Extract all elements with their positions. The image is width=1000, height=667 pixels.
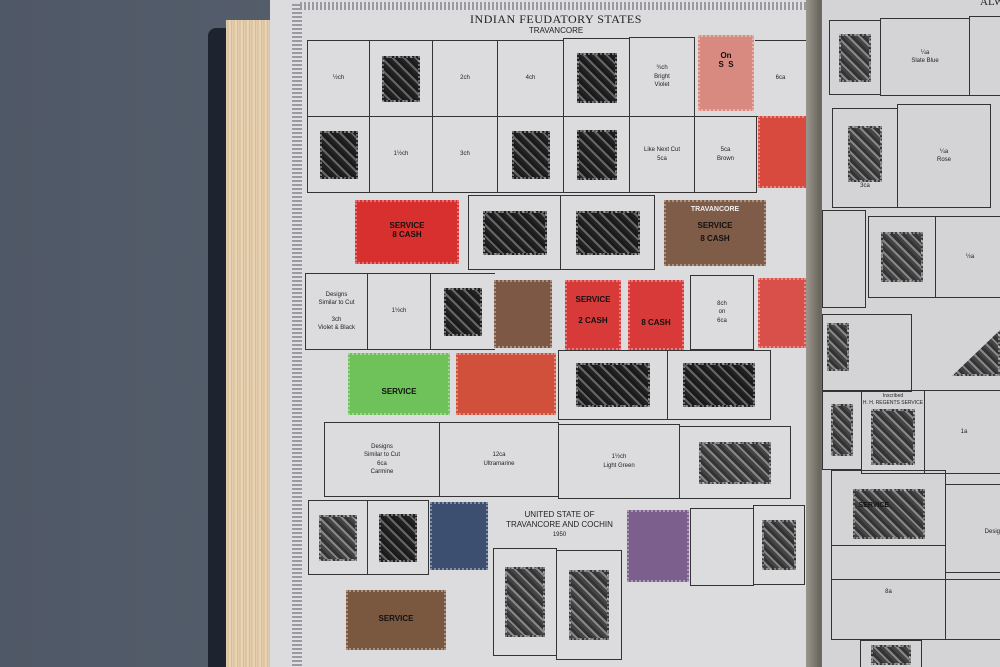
album-cell: [690, 508, 754, 586]
stamp-red-service: SERVICE 8 CASH: [355, 200, 459, 264]
album-cell: 1½ch Light Green: [558, 424, 680, 499]
album-cell: [868, 216, 936, 298]
page-title: INDIAN FEUDATORY STATES: [300, 12, 812, 27]
album-cell: ½a: [935, 216, 1000, 298]
stamp-black: [444, 288, 482, 336]
section-year: 1950: [492, 532, 627, 540]
stamp-brown-service: SERVICE: [346, 590, 446, 650]
album-cell: [430, 273, 495, 350]
stamp-black: [512, 131, 550, 179]
stamp-green-service: SERVICE: [348, 353, 450, 415]
stamp-grey: [319, 515, 357, 561]
stamp-grey: [848, 126, 882, 182]
album-cell: Inscribed H. H. REGENTS SERVICE: [861, 390, 925, 474]
album-cell: [493, 548, 557, 656]
stamp-black: [577, 130, 617, 180]
stamp-black: [483, 211, 547, 255]
album-cell: [753, 505, 805, 585]
stamp-red-service: SERVICE 2 CASH: [565, 280, 621, 350]
album-cell: [556, 550, 622, 660]
album-cell: 1½ch: [369, 116, 433, 193]
page-subtitle: TRAVANCORE: [300, 26, 812, 35]
album-cell: 12ca Ultramarine: [439, 422, 559, 497]
album-cell: ¼a Rose: [897, 104, 991, 208]
album-cell: [497, 116, 564, 193]
page-border-decoration-top: [300, 2, 812, 10]
stamp-brown: [494, 280, 552, 348]
stamp-red: [758, 116, 808, 188]
album-cell: 6ca: [755, 40, 807, 117]
album-cell: 1½ch: [367, 273, 431, 350]
stamp-blue: [430, 502, 488, 570]
album-cell: Desig: [945, 484, 1000, 580]
album-cell: [945, 572, 1000, 640]
stamp-black: [576, 363, 650, 407]
stamp-black: [379, 514, 417, 562]
album-cell: Like Next Cut 5ca: [629, 116, 695, 193]
album-cell: [969, 16, 1000, 96]
album-cell: [367, 500, 429, 575]
album-cell: ½ch: [307, 40, 370, 117]
album-cell: 8ch on 6ca: [690, 275, 754, 350]
album-cell: [563, 116, 630, 193]
stamp-grey: [871, 409, 915, 465]
stamp-grey: [505, 567, 545, 637]
album-cell: [829, 20, 881, 95]
album-cell: [667, 350, 771, 420]
page-border-decoration: [292, 4, 302, 667]
stamp-red-overprint: 8 CASH: [628, 280, 684, 350]
album-cell: 8a: [831, 545, 946, 640]
album-cell: 2ch: [432, 40, 498, 117]
album-cell: [822, 390, 862, 470]
stamp-grey: [881, 232, 923, 282]
album-cell: [560, 195, 655, 270]
album-cell: ¼a Slate Blue: [880, 18, 970, 96]
stamp-grey-service: SERVICE: [853, 489, 925, 539]
album-cell: 3ca: [832, 108, 898, 208]
stamp-black: [577, 53, 617, 103]
stamp-red-overprint: On S S: [698, 35, 754, 111]
album-cell: [860, 640, 922, 667]
album-cell: 4ch: [497, 40, 564, 117]
stamp-grey: [569, 570, 609, 640]
album-cell: ¾ch Bright Violet: [629, 37, 695, 117]
stamp-black: [576, 211, 640, 255]
album-cell: 5ca Brown: [694, 116, 757, 193]
album-cell: [307, 116, 370, 193]
stamp-violet: [627, 510, 689, 582]
stamp-black: [320, 131, 358, 179]
album-cell: [308, 500, 368, 575]
album-cell: [679, 426, 791, 499]
stamp-brown-service: TRAVANCORESERVICE 8 CASH: [664, 200, 766, 266]
album-cell: [563, 38, 630, 117]
album-cell: [822, 314, 912, 392]
right-page-title: ALWA: [980, 0, 1000, 8]
album-cell: [558, 350, 668, 420]
album-cell: 1a: [924, 390, 1000, 474]
stamp-red: [758, 278, 806, 348]
album-cell: Designs Similar to Cut 6ca Carmine: [324, 422, 440, 497]
section-title: UNITED STATE OF TRAVANCORE AND COCHIN: [492, 510, 627, 531]
stamp-orange: [456, 353, 556, 415]
stamp-grey: [827, 323, 849, 371]
album-cell: [822, 210, 866, 308]
album-cell: Designs Similar to Cut 3ch Violet & Blac…: [305, 273, 368, 350]
stamp-grey: [871, 645, 911, 665]
album-cell: [468, 195, 561, 270]
stamp-grey: [699, 442, 771, 484]
stamp-black: [382, 56, 420, 102]
album-cell: 3ch: [432, 116, 498, 193]
stamp-black: [683, 363, 755, 407]
stamp-grey: [839, 34, 871, 82]
album-cell: [369, 40, 433, 117]
stamp-grey: [831, 404, 853, 456]
stamp-grey: [762, 520, 796, 570]
